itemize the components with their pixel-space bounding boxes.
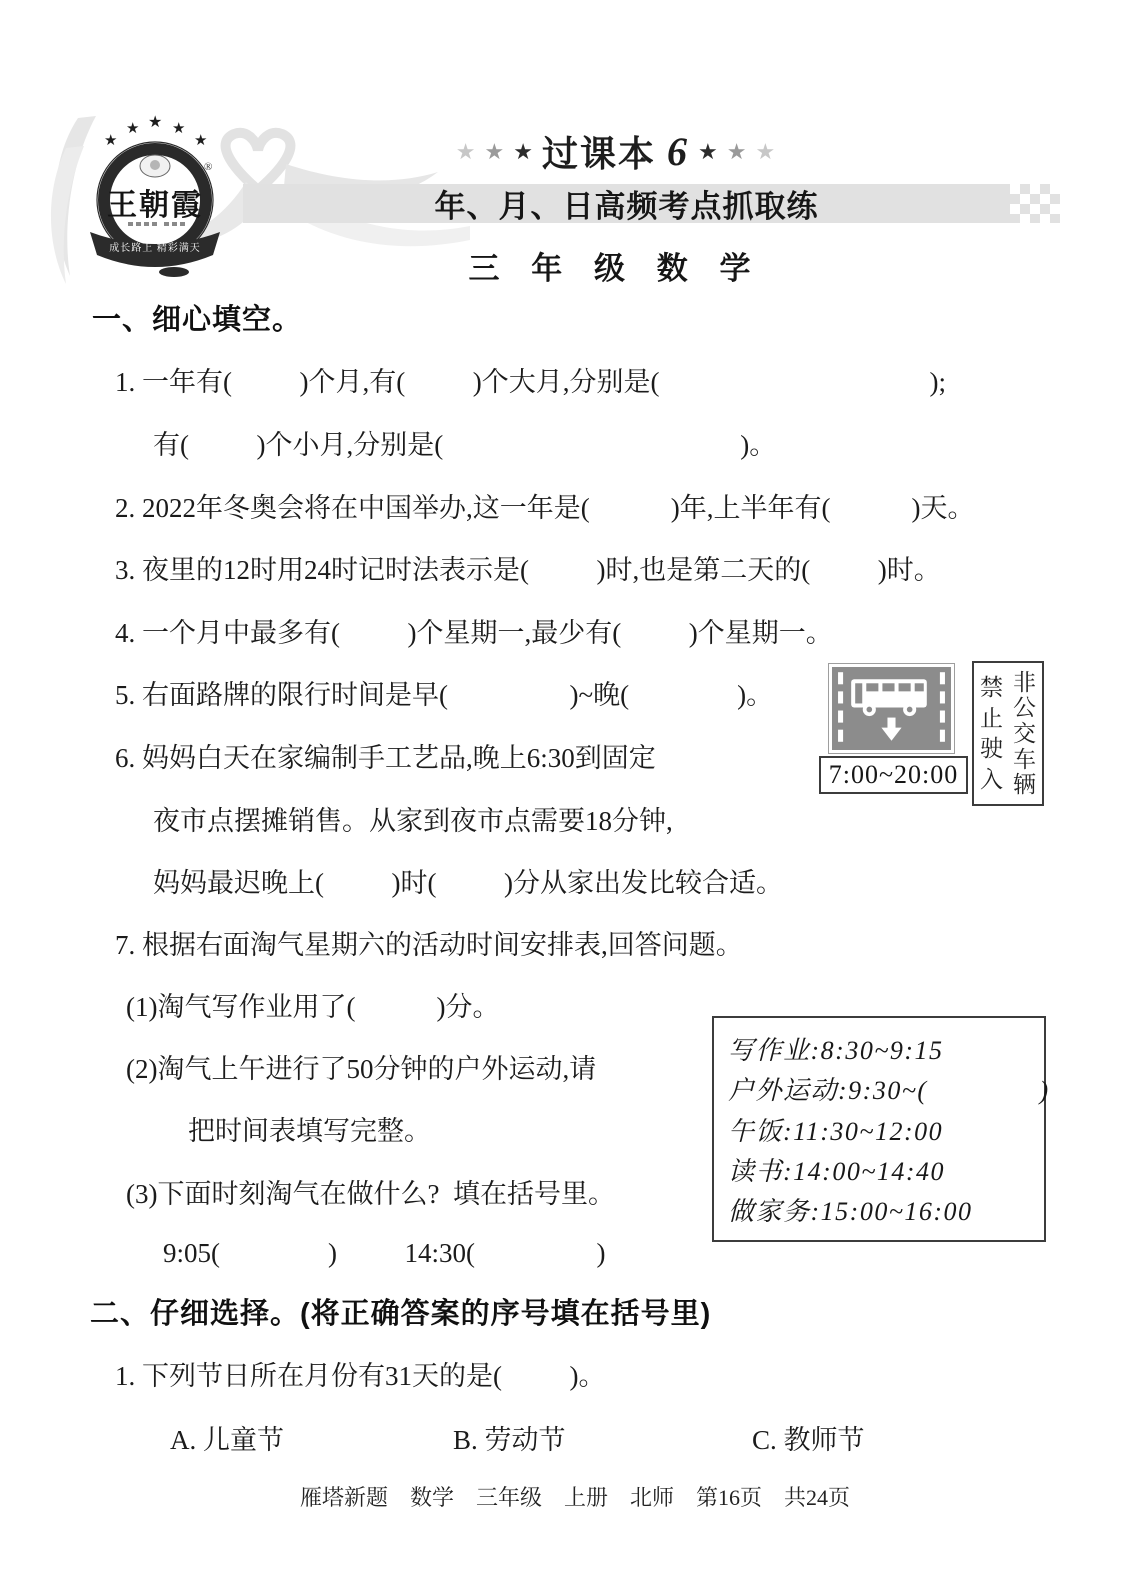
- schedule-row: 户外运动:9:30~( ): [728, 1070, 1030, 1107]
- star-icon: ★: [513, 141, 533, 163]
- activity-schedule-table: 写作业:8:30~9:15 户外运动:9:30~( ) 午饭:11:30~12:…: [712, 1016, 1046, 1242]
- booklet-number: 6: [667, 128, 687, 175]
- lesson-header: ★ ★ ★ 过课本 6 ★ ★ ★: [92, 126, 1139, 177]
- section-2-question-1: 1. 下列节日所在月份有31天的是( )。: [115, 1360, 605, 1392]
- option-c: C. 教师节: [752, 1424, 865, 1456]
- star-icon: ★: [698, 141, 718, 163]
- bus-lane-sign: [828, 663, 955, 754]
- option-b: B. 劳动节: [453, 1424, 566, 1456]
- no-entry-text-right-part: 禁止驶入: [975, 668, 1008, 799]
- logo-brand-name: 王朝霞: [107, 189, 203, 222]
- page-footer: 雁塔新题 数学 三年级 上册 北师 第16页 共24页: [95, 1481, 1055, 1512]
- question-7-sub-2-line-2: 把时间表填写完整。: [188, 1115, 431, 1147]
- star-icon: ★: [456, 141, 476, 163]
- question-7-sub-3-times: 9:05( ) 14:30( ): [163, 1237, 605, 1269]
- grade-subject-subtitle: 三 年 级 数 学: [92, 243, 1139, 288]
- question-4: 4. 一个月中最多有( )个星期一,最少有( )个星期一。: [115, 617, 833, 649]
- star-icon: ★: [727, 141, 747, 163]
- star-icon: ★: [485, 141, 505, 163]
- no-entry-sign: 禁止驶入 非公交车辆: [972, 661, 1044, 806]
- sign-time-plate: 7:00~20:00: [819, 756, 968, 794]
- question-7-sub-3: (3)下面时刻淘气在做什么? 填在括号里。: [126, 1178, 615, 1210]
- logo-small-text-marks: [128, 222, 185, 226]
- question-6-line-1: 6. 妈妈白天在家编制手工艺品,晚上6:30到固定: [115, 742, 656, 774]
- sign-time-range: 7:00~20:00: [829, 760, 959, 790]
- banner-title: 年、月、日高频考点抓取练: [435, 181, 819, 226]
- star-icon: ★: [755, 141, 775, 163]
- booklet-title: 过课本: [542, 126, 656, 177]
- bus-lane-sign-panel: [832, 667, 951, 750]
- schedule-row: 读书:14:00~14:40: [728, 1151, 1030, 1188]
- section-1-heading: 一、细心填空。: [92, 303, 302, 338]
- question-1-line-2: 有( )个小月,分别是( )。: [153, 429, 776, 461]
- section-2-heading: 二、仔细选择。(将正确答案的序号填在括号里): [90, 1297, 711, 1332]
- down-arrow-icon: [881, 718, 901, 741]
- option-a: A. 儿童节: [170, 1424, 284, 1456]
- schedule-row: 写作业:8:30~9:15: [728, 1030, 1030, 1067]
- banner-title-band: 年、月、日高频考点抓取练: [243, 184, 1010, 223]
- question-6-line-2: 夜市点摆摊销售。从家到夜市点需要18分钟,: [153, 805, 673, 837]
- worksheet-page: ★ ★ ★ ★ ★ 王朝霞 ® 成长路上 精彩满天 ★ ★ ★ 过课本 6 ★ …: [0, 0, 1139, 1582]
- question-7: 7. 根据右面淘气星期六的活动时间安排表,回答问题。: [115, 929, 743, 961]
- question-7-sub-2-line-1: (2)淘气上午进行了50分钟的户外运动,请: [126, 1053, 596, 1085]
- question-2: 2. 2022年冬奥会将在中国举办,这一年是( )年,上半年有( )天。: [115, 492, 974, 524]
- question-7-sub-1: (1)淘气写作业用了( )分。: [126, 991, 499, 1023]
- question-6-line-3: 妈妈最迟晚上( )时( )分从家出发比较合适。: [153, 867, 783, 899]
- checker-decoration: [1010, 184, 1060, 223]
- schedule-row: 做家务:15:00~16:00: [728, 1191, 1030, 1228]
- no-entry-text-left-part: 非公交车辆: [1008, 668, 1041, 799]
- bus-icon: [832, 667, 951, 750]
- question-3: 3. 夜里的12时用24时记时法表示是( )时,也是第二天的( )时。: [115, 554, 941, 586]
- schedule-row: 午饭:11:30~12:00: [728, 1111, 1030, 1148]
- question-5: 5. 右面路牌的限行时间是早( )~晚( )。: [115, 679, 773, 711]
- question-1-line-1: 1. 一年有( )个月,有( )个大月,分别是( );: [115, 366, 946, 398]
